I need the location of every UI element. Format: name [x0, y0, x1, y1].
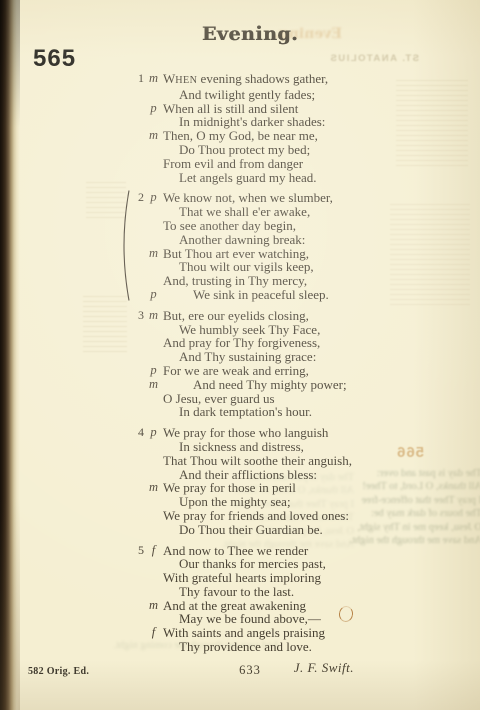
dynamic-mark: [144, 233, 163, 247]
dynamic-mark: [144, 440, 163, 454]
verse-line: Our thanks for mercies past,: [130, 557, 382, 571]
verse-line-text: And now to Thee we render: [163, 544, 308, 558]
verse-number: 4: [130, 426, 144, 440]
verse-line: Another dawning break:: [130, 233, 382, 247]
verse-number: [130, 405, 144, 419]
verse-line: From evil and from danger: [130, 157, 382, 171]
verse-line: Let angels guard my head.: [130, 171, 382, 185]
verse-number: [130, 495, 144, 509]
dynamic-mark: p: [144, 102, 163, 116]
verse-line-text: With saints and angels praising: [163, 626, 325, 640]
verse-line-text: We sink in peaceful sleep.: [163, 288, 329, 302]
verse-line-text: With grateful hearts imploring: [163, 571, 321, 585]
verse-line-text: Thy favour to the last.: [163, 585, 294, 599]
verse-line: In midnight's darker shades:: [130, 115, 382, 129]
verse-line-text: Our thanks for mercies past,: [163, 557, 326, 571]
verse-line-text: Let angels guard my head.: [163, 171, 317, 185]
verse-line: And pray for Thy forgiveness,: [130, 336, 382, 350]
verse-line: Do Thou their Guardian be.: [130, 523, 382, 537]
verse-line-text: And Thy sustaining grace:: [163, 350, 316, 364]
verse-number: [130, 205, 144, 219]
verse-line: That Thou wilt soothe their anguish,: [130, 454, 382, 468]
verse-line: pFor we are weak and erring,: [130, 364, 382, 378]
verse-number: [130, 392, 144, 406]
verse-number: [130, 440, 144, 454]
verse-line-text: Upon the mighty sea;: [163, 495, 291, 509]
verse-line-text: And pray for Thy forgiveness,: [163, 336, 320, 350]
verse-line: 5fAnd now to Thee we render: [130, 544, 382, 558]
dynamic-mark: [144, 495, 163, 509]
verse: 3mBut, ere our eyelids closing,We humbly…: [130, 309, 382, 419]
verse-line: fWith saints and angels praising: [130, 626, 382, 640]
verse-number: [130, 509, 144, 523]
verse-number: [130, 523, 144, 537]
verse-number: [130, 288, 144, 302]
verse: 4pWe pray for those who languishIn sickn…: [130, 426, 382, 536]
verse-line-text: For we are weak and erring,: [163, 364, 309, 378]
verse-number: [130, 129, 144, 143]
verse-line-text: But, ere our eyelids closing,: [163, 309, 309, 323]
verse-line-text: We pray for those in peril: [163, 481, 296, 495]
dynamic-mark: [144, 509, 163, 523]
verse-number: [130, 274, 144, 288]
verse-number: [130, 364, 144, 378]
verse-line: 1mWhen evening shadows gather,: [130, 72, 382, 88]
verse-number: 1: [130, 72, 144, 88]
verse-number: 2: [130, 191, 144, 205]
verse: 1mWhen evening shadows gather,And twilig…: [130, 72, 382, 184]
dynamic-mark: m: [144, 72, 163, 88]
verse-line: Thou wilt our vigils keep,: [130, 260, 382, 274]
verse-line-text: And at the great awakening: [163, 599, 306, 613]
verse-line-text: Another dawning break:: [163, 233, 305, 247]
dynamic-mark: [144, 612, 163, 626]
dynamic-mark: [144, 336, 163, 350]
verse-line: And Thy sustaining grace:: [130, 350, 382, 364]
dynamic-mark: p: [144, 191, 163, 205]
dynamic-mark: [144, 219, 163, 233]
verse-number: [130, 454, 144, 468]
verse-line-text: And twilight gently fades;: [163, 88, 315, 102]
verse-number: [130, 571, 144, 585]
dynamic-mark: [144, 260, 163, 274]
verse-line: To see another day begin,: [130, 219, 382, 233]
dynamic-mark: p: [144, 364, 163, 378]
verse-line-text: But Thou art ever watching,: [163, 247, 309, 261]
verse-line: And, trusting in Thy mercy,: [130, 274, 382, 288]
verse-line-text: We pray for those who languish: [163, 426, 328, 440]
verse-line-text: Do Thou protect my bed;: [163, 143, 310, 157]
verse-line: Thy favour to the last.: [130, 585, 382, 599]
verse-line-text: When evening shadows gather,: [163, 72, 328, 88]
hymn-number: 565: [33, 45, 76, 73]
dynamic-mark: m: [144, 599, 163, 613]
verse-number: [130, 599, 144, 613]
dynamic-mark: m: [144, 247, 163, 261]
verse-list: 1mWhen evening shadows gather,And twilig…: [130, 72, 382, 654]
dynamic-mark: [144, 468, 163, 482]
dynamic-mark: [144, 640, 163, 654]
dynamic-mark: [144, 405, 163, 419]
verse-line-text: To see another day begin,: [163, 219, 296, 233]
dynamic-mark: [144, 350, 163, 364]
dynamic-mark: [144, 454, 163, 468]
dynamic-mark: [144, 585, 163, 599]
dynamic-mark: [144, 392, 163, 406]
verse-number: [130, 378, 144, 392]
verse-line: 2pWe know not, when we slumber,: [130, 191, 382, 205]
dynamic-mark: [144, 171, 163, 185]
dynamic-mark: f: [144, 544, 163, 558]
verse-number: [130, 115, 144, 129]
dynamic-mark: [144, 523, 163, 537]
dynamic-mark: p: [144, 426, 163, 440]
verse-line-text: Do Thou their Guardian be.: [163, 523, 323, 537]
verse-line-text: In dark temptation's hour.: [163, 405, 312, 419]
verse-line: And their afflictions bless:: [130, 468, 382, 482]
verse: 5fAnd now to Thee we renderOur thanks fo…: [130, 544, 382, 654]
verse-number: [130, 102, 144, 116]
dynamic-mark: [144, 143, 163, 157]
dynamic-mark: [144, 323, 163, 337]
verse-line-text: And their afflictions bless:: [163, 468, 317, 482]
verse-line: And twilight gently fades;: [130, 88, 382, 102]
verse-line: mBut Thou art ever watching,: [130, 247, 382, 261]
verse-number: [130, 468, 144, 482]
verse-line: mWe pray for those in peril: [130, 481, 382, 495]
verse-line: We pray for friends and loved ones:: [130, 509, 382, 523]
verse-line: 4pWe pray for those who languish: [130, 426, 382, 440]
verse-line: Thy providence and love.: [130, 640, 382, 654]
verse-line: 3mBut, ere our eyelids closing,: [130, 309, 382, 323]
verse-line: In sickness and distress,: [130, 440, 382, 454]
page-title: Evening.: [20, 23, 480, 45]
verse-number: 5: [130, 544, 144, 558]
verse-number: [130, 481, 144, 495]
verse-line-text: We pray for friends and loved ones:: [163, 509, 349, 523]
verse-brace: [119, 189, 130, 302]
verse-line: In dark temptation's hour.: [130, 405, 382, 419]
verse-number: [130, 336, 144, 350]
verse-number: [130, 260, 144, 274]
verse-number: [130, 350, 144, 364]
dynamic-mark: f: [144, 626, 163, 640]
verse: 2pWe know not, when we slumber,That we s…: [130, 191, 382, 301]
verse-number: [130, 143, 144, 157]
verse-line: pWe sink in peaceful sleep.: [130, 288, 382, 302]
dynamic-mark: [144, 571, 163, 585]
dynamic-mark: m: [144, 481, 163, 495]
verse-line-text: From evil and from danger: [163, 157, 303, 171]
verse-line: Do Thou protect my bed;: [130, 143, 382, 157]
dynamic-mark: [144, 274, 163, 288]
verse-line-text: Thy providence and love.: [163, 640, 312, 654]
verse-number: 3: [130, 309, 144, 323]
verse-number: [130, 157, 144, 171]
verse-line: mAnd need Thy mighty power;: [130, 378, 382, 392]
verse-line-text: We humbly seek Thy Face,: [163, 323, 320, 337]
verse-number: [130, 626, 144, 640]
verse-line: Upon the mighty sea;: [130, 495, 382, 509]
verse-line: With grateful hearts imploring: [130, 571, 382, 585]
verse-line-text: Then, O my God, be near me,: [163, 129, 318, 143]
verse-line-text: That Thou wilt soothe their anguish,: [163, 454, 352, 468]
hymn-page: Evening. 565 1mWhen evening shadows gath…: [0, 0, 480, 710]
dynamic-mark: m: [144, 309, 163, 323]
dynamic-mark: p: [144, 288, 163, 302]
book-binding-edge: [0, 0, 20, 710]
dynamic-mark: [144, 88, 163, 102]
verse-line-text: We know not, when we slumber,: [163, 191, 333, 205]
verse-line-text: May we be found above,—: [163, 612, 321, 626]
verse-line: That we shall e'er awake,: [130, 205, 382, 219]
dynamic-mark: [144, 205, 163, 219]
hymn-text: 1mWhen evening shadows gather,And twilig…: [130, 72, 382, 675]
verse-line-text: O Jesu, ever guard us: [163, 392, 275, 406]
dynamic-mark: [144, 557, 163, 571]
verse-line-text: And need Thy mighty power;: [163, 378, 347, 392]
verse-line-text: That we shall e'er awake,: [163, 205, 310, 219]
verse-line-text: When all is still and silent: [163, 102, 298, 116]
verse-number: [130, 233, 144, 247]
dynamic-mark: [144, 157, 163, 171]
verse-line: We humbly seek Thy Face,: [130, 323, 382, 337]
verse-line-text: And, trusting in Thy mercy,: [163, 274, 307, 288]
verse-number: [130, 247, 144, 261]
verse-number: [130, 323, 144, 337]
verse-line-text: In sickness and distress,: [163, 440, 304, 454]
verse-line: pWhen all is still and silent: [130, 102, 382, 116]
verse-number: [130, 640, 144, 654]
verse-number: [130, 557, 144, 571]
verse-line: O Jesu, ever guard us: [130, 392, 382, 406]
verse-line-text: In midnight's darker shades:: [163, 115, 325, 129]
page-number: 633: [20, 663, 480, 678]
dynamic-mark: [144, 115, 163, 129]
verse-line-text: Thou wilt our vigils keep,: [163, 260, 314, 274]
verse-number: [130, 88, 144, 102]
verse-number: [130, 612, 144, 626]
dynamic-mark: m: [144, 378, 163, 392]
verse-line: mThen, O my God, be near me,: [130, 129, 382, 143]
verse-number: [130, 171, 144, 185]
verse-number: [130, 585, 144, 599]
dynamic-mark: m: [144, 129, 163, 143]
verse-number: [130, 219, 144, 233]
